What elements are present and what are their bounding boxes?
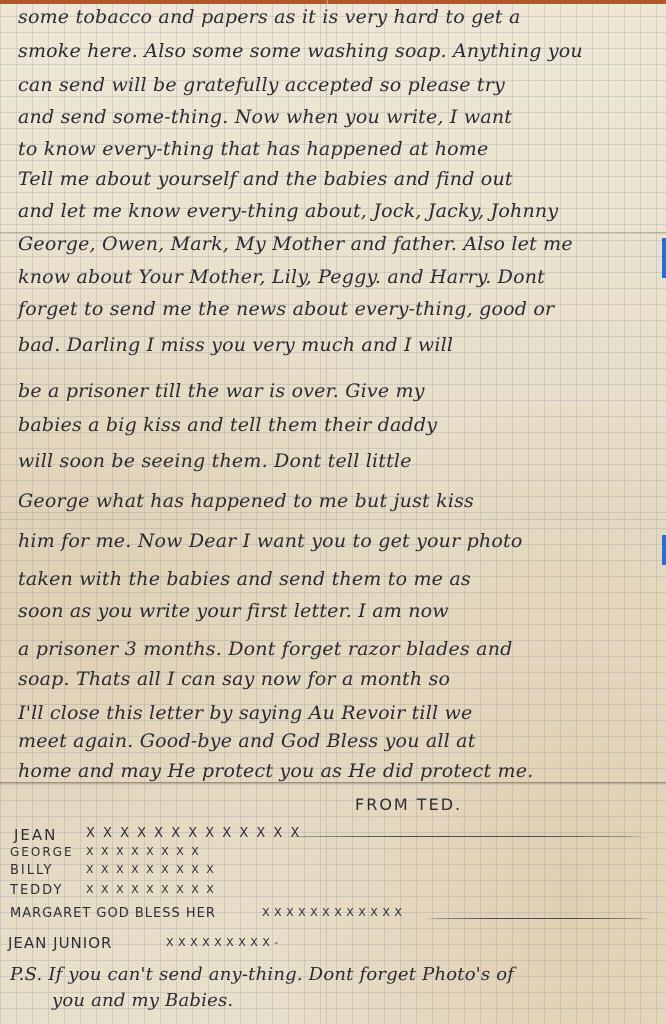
horizontal-fold — [0, 519, 666, 521]
horizontal-fold — [0, 782, 666, 785]
blue-edge-mark — [662, 535, 666, 565]
letter-line: bad. Darling I miss you very much and I … — [18, 334, 453, 356]
letter-line: taken with the babies and send them to m… — [18, 568, 471, 590]
letter-line: Tell me about yourself and the babies an… — [18, 168, 513, 190]
squiggle-line — [285, 836, 645, 839]
squiggle-line — [425, 918, 650, 921]
letter-line: and let me know every-thing about, Jock,… — [18, 200, 558, 222]
letter-line: and send some-thing. Now when you write,… — [18, 106, 512, 128]
letter-line: forget to send me the news about every-t… — [18, 298, 554, 320]
letter-line: to know every-thing that has happened at… — [18, 138, 488, 160]
letter-line: home and may He protect you as He did pr… — [18, 760, 533, 782]
kiss-marks: X X X X X X X X X X X X — [262, 906, 402, 919]
kiss-marks: X X X X X X X X X X X X X — [86, 826, 301, 841]
kiss-marks: X X X X X X X X — [86, 845, 201, 858]
kiss-name: MARGARET GOD BLESS HER — [10, 906, 216, 921]
letter-line: know about Your Mother, Lily, Peggy. and… — [18, 266, 545, 288]
signature: FROM TED. — [355, 795, 462, 814]
letter-line: him for me. Now Dear I want you to get y… — [18, 530, 523, 552]
kiss-name: JEAN — [14, 826, 57, 844]
kiss-name: BILLY — [10, 863, 53, 878]
letter-paper: some tobacco and papers as it is very ha… — [0, 0, 666, 1024]
letter-line: can send will be gratefully accepted so … — [18, 74, 505, 96]
letter-line: meet again. Good-bye and God Bless you a… — [18, 730, 476, 752]
letter-line: babies a big kiss and tell them their da… — [18, 414, 437, 436]
letter-line: I'll close this letter by saying Au Revo… — [18, 702, 472, 724]
letter-line: soap. Thats all I can say now for a mont… — [18, 668, 450, 690]
letter-line: some tobacco and papers as it is very ha… — [18, 6, 521, 28]
letter-line: soon as you write your first letter. I a… — [18, 600, 449, 622]
letter-line: will soon be seeing them. Dont tell litt… — [18, 450, 412, 472]
kiss-name: GEORGE — [10, 845, 74, 859]
letter-line: George, Owen, Mark, My Mother and father… — [18, 233, 573, 255]
blue-edge-mark — [662, 238, 666, 278]
letter-line: smoke here. Also some some washing soap.… — [18, 40, 583, 62]
kiss-name: JEAN JUNIOR — [8, 934, 112, 952]
letter-line: George what has happened to me but just … — [18, 490, 474, 512]
kiss-marks: X X X X X X X X X — [86, 883, 216, 896]
kiss-marks: X X X X X X X X X - — [166, 936, 279, 949]
kiss-marks: X X X X X X X X X — [86, 863, 216, 876]
letter-line: a prisoner 3 months. Dont forget razor b… — [18, 638, 513, 660]
postscript-line: you and my Babies. — [52, 990, 233, 1011]
paper-top-edge — [0, 0, 666, 4]
postscript-line: P.S. If you can't send any-thing. Dont f… — [10, 964, 514, 985]
letter-line: be a prisoner till the war is over. Give… — [18, 380, 425, 402]
kiss-name: TEDDY — [10, 883, 63, 898]
